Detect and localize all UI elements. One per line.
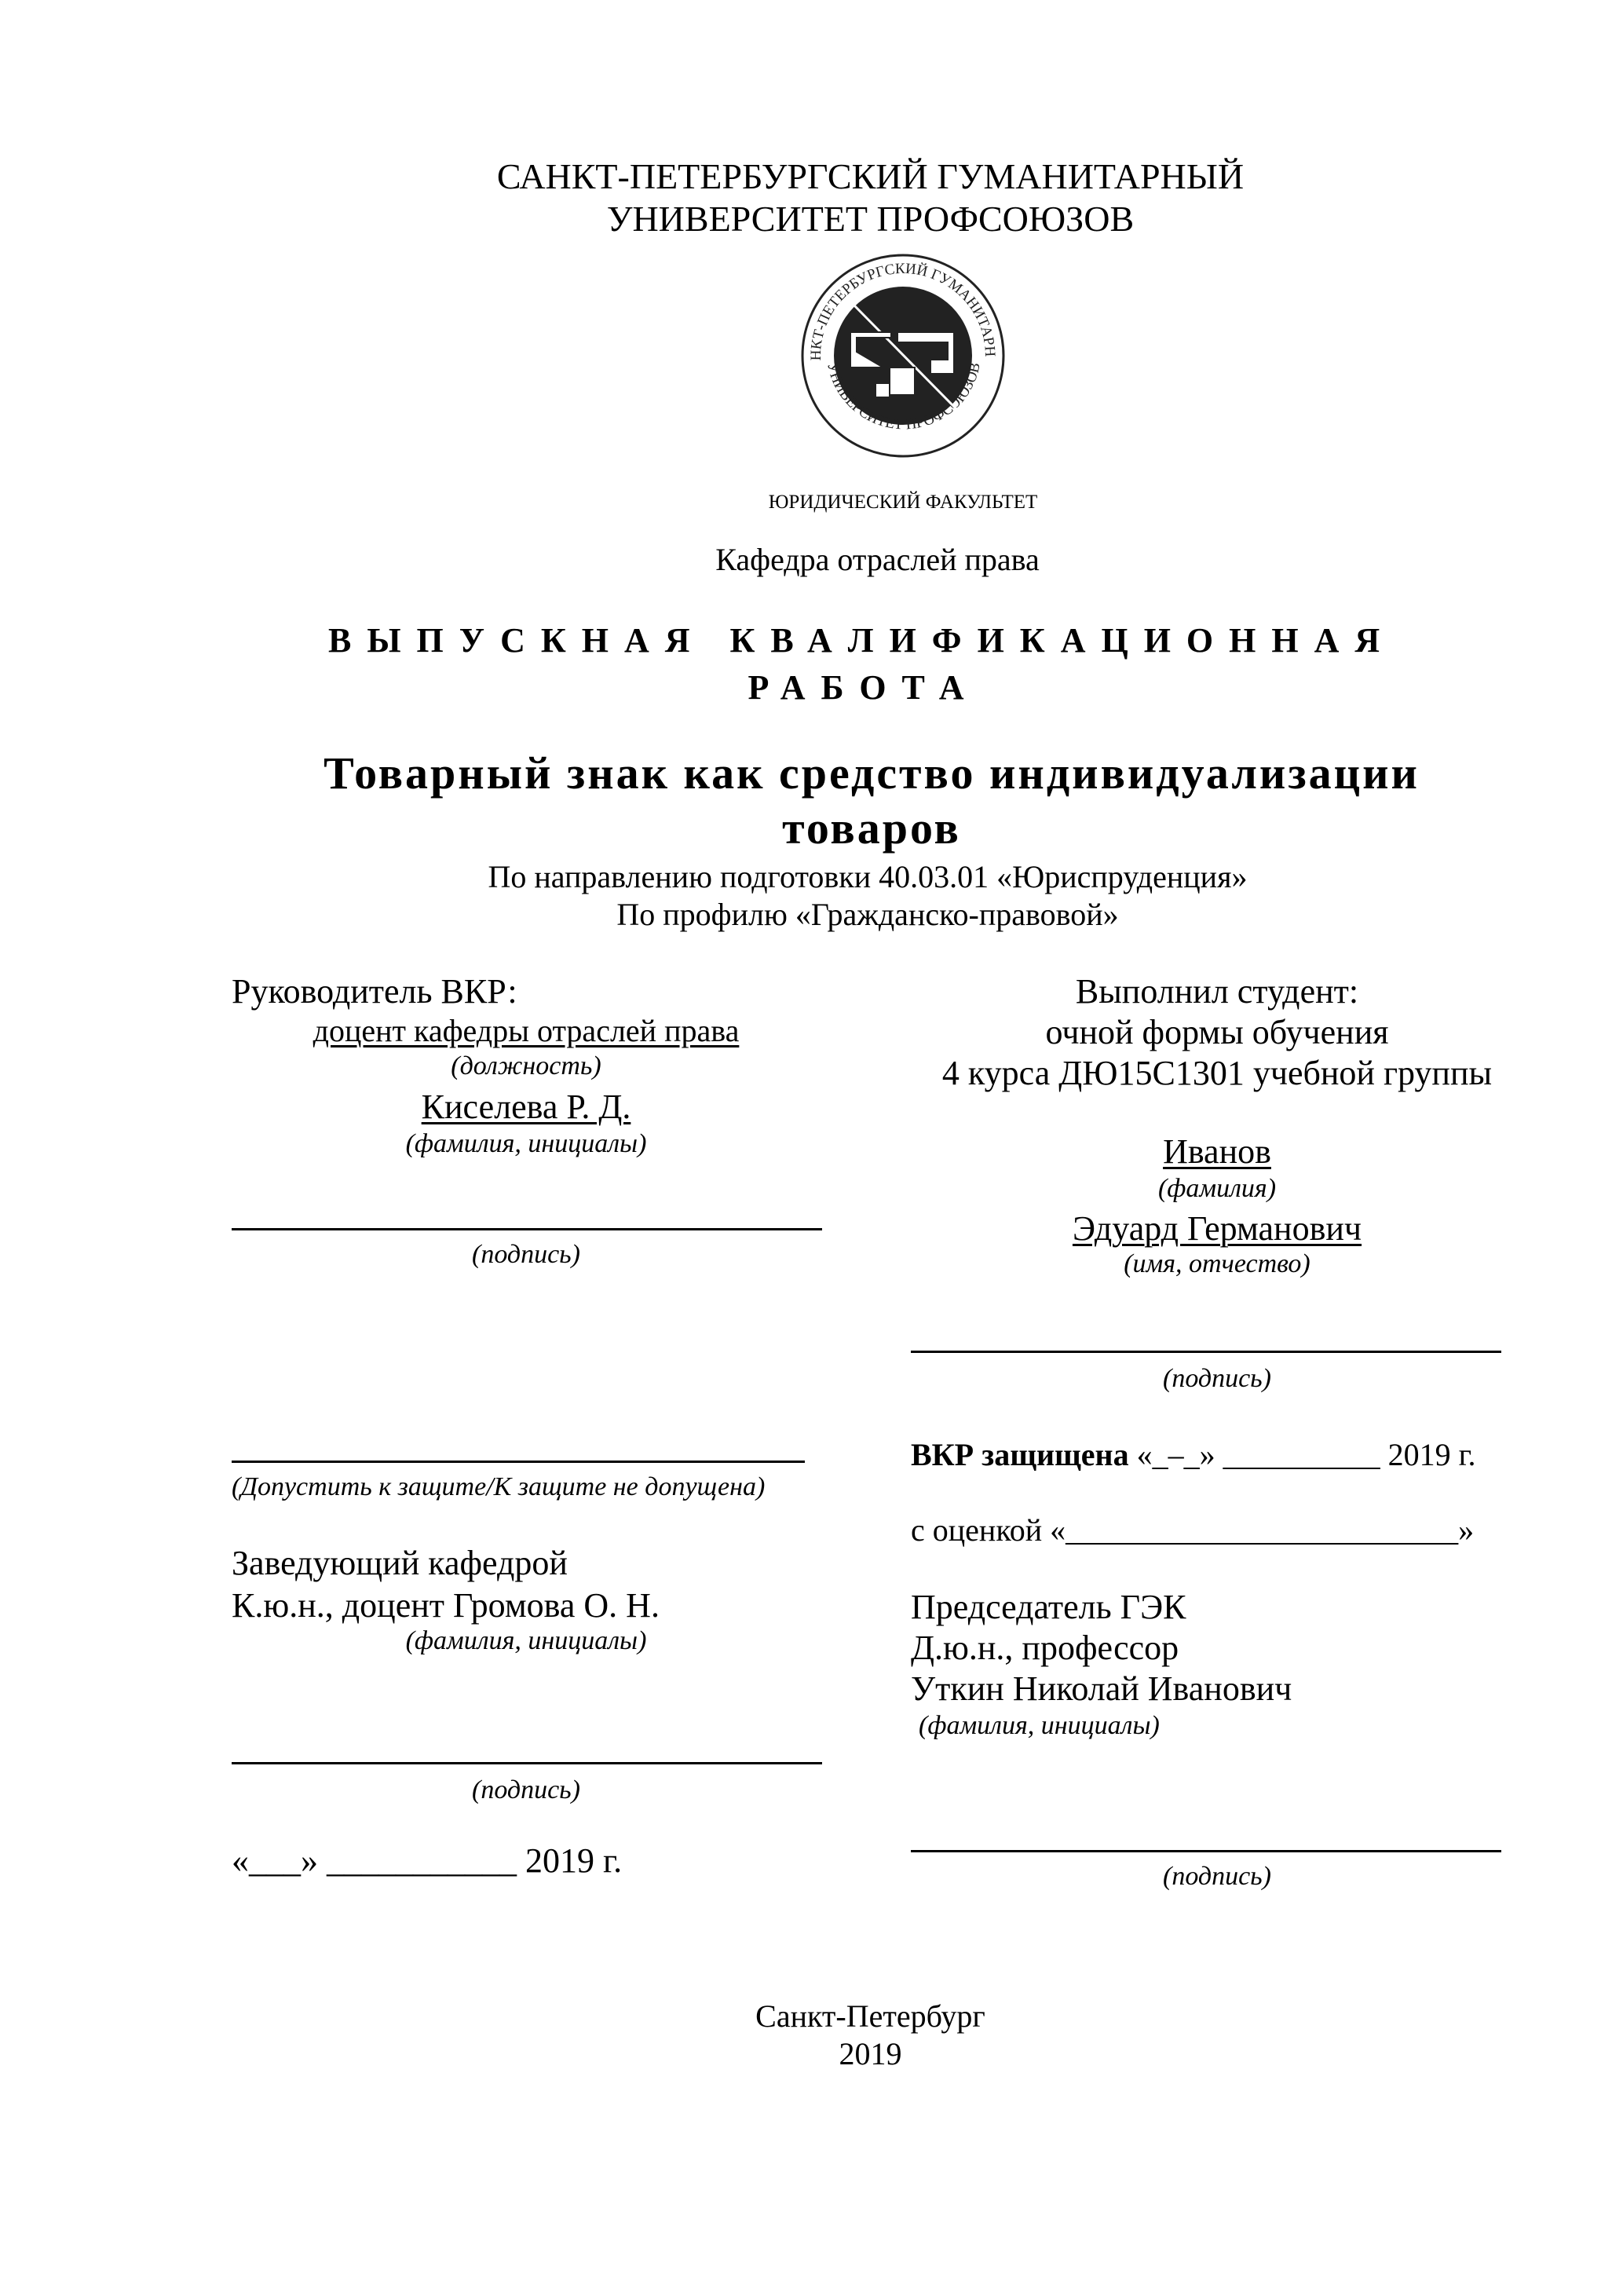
student-given-names: Эдуард Германович: [907, 1209, 1527, 1249]
faculty-name: ЮРИДИЧЕСКИЙ ФАКУЛЬТЕТ: [0, 491, 1623, 514]
student-surname-caption: (фамилия): [907, 1173, 1527, 1205]
student-heading: Выполнил студент:: [907, 972, 1527, 1011]
admission-caption: (Допустить к защите/К защите не допущена…: [232, 1472, 765, 1503]
gek-chair-name-caption: (фамилия, инициалы): [919, 1710, 1160, 1742]
head-of-department-signature-line[interactable]: [232, 1762, 822, 1764]
supervisor-signature-caption: (подпись): [232, 1239, 821, 1270]
head-of-department-signature-caption: (подпись): [232, 1775, 821, 1806]
defense-date-text: «_–_» __________ 2019 г.: [1129, 1437, 1476, 1472]
gek-chair-degree: Д.ю.н., профессор: [911, 1629, 1179, 1668]
admission-decision-line[interactable]: [232, 1461, 805, 1463]
head-of-department-heading: Заведующий кафедрой: [232, 1544, 568, 1583]
thesis-title-line2: товаров: [0, 801, 1623, 856]
supervisor-position: доцент кафедры отраслей права: [232, 1011, 821, 1051]
student-signature-caption: (подпись): [907, 1363, 1527, 1395]
defense-grade[interactable]: с оценкой «_________________________»: [911, 1511, 1474, 1550]
gek-chair-heading: Председатель ГЭК: [911, 1588, 1186, 1627]
thesis-title: Товарный знак как средство индивидуализа…: [0, 746, 1623, 856]
student-given-names-caption: (имя, отчество): [907, 1249, 1527, 1280]
head-of-department-date[interactable]: «___» ___________ 2019 г.: [232, 1841, 622, 1881]
study-direction: По направлению подготовки 40.03.01 «Юрис…: [0, 859, 1623, 895]
university-emblem-icon: САНКТ-ПЕТЕРБУРГСКИЙ ГУМАНИТАРНЫЙ УНИВЕРС…: [797, 250, 1009, 462]
head-of-department-name: К.ю.н., доцент Громова О. Н.: [232, 1586, 660, 1625]
footer: Санкт-Петербург 2019: [0, 1998, 1623, 2073]
work-type-line2: РАБОТА: [0, 667, 1623, 708]
supervisor-name-caption: (фамилия, инициалы): [232, 1128, 821, 1160]
defense-date[interactable]: ВКР защищена «_–_» __________ 2019 г.: [911, 1435, 1475, 1475]
supervisor-name: Киселева Р. Д.: [232, 1088, 821, 1127]
thesis-title-line1: Товарный знак как средство индивидуализа…: [0, 746, 1623, 801]
gek-chair-name: Уткин Николай Иванович: [911, 1669, 1292, 1709]
defense-label: ВКР защищена: [911, 1437, 1129, 1472]
head-of-department-name-caption: (фамилия, инициалы): [232, 1625, 821, 1657]
university-name-line1: САНКТ-ПЕТЕРБУРГСКИЙ ГУМАНИТАРНЫЙ: [0, 155, 1623, 198]
supervisor-heading: Руководитель ВКР:: [232, 972, 517, 1011]
student-signature-line[interactable]: [911, 1351, 1501, 1353]
department-name: Кафедра отраслей права: [0, 542, 1623, 578]
gek-chair-signature-line[interactable]: [911, 1850, 1501, 1852]
gek-chair-signature-caption: (подпись): [907, 1861, 1527, 1892]
student-group: 4 курса ДЮ15С1301 учебной группы: [907, 1054, 1527, 1093]
supervisor-signature-line[interactable]: [232, 1228, 822, 1230]
student-study-form: очной формы обучения: [907, 1013, 1527, 1052]
study-profile: По профилю «Гражданско-правовой»: [0, 897, 1623, 933]
work-type-line1: ВЫПУСКНАЯ КВАЛИФИКАЦИОННАЯ: [328, 620, 1395, 661]
student-surname: Иванов: [907, 1132, 1527, 1172]
footer-year: 2019: [0, 2035, 1623, 2073]
university-name: САНКТ-ПЕТЕРБУРГСКИЙ ГУМАНИТАРНЫЙ УНИВЕРС…: [0, 155, 1623, 240]
supervisor-position-caption: (должность): [232, 1051, 821, 1082]
university-name-line2: УНИВЕРСИТЕТ ПРОФСОЮЗОВ: [0, 198, 1623, 240]
footer-city: Санкт-Петербург: [0, 1998, 1623, 2035]
